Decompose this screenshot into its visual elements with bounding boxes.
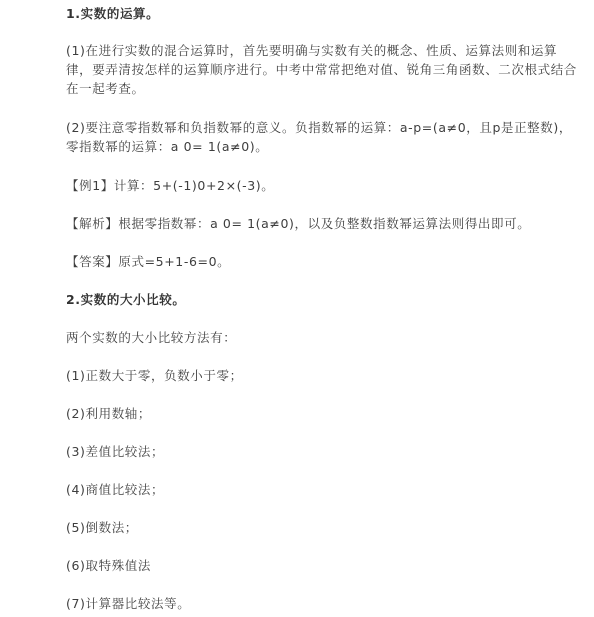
comparison-method-3: (3)差值比较法； — [66, 442, 578, 461]
comparison-method-2: (2)利用数轴； — [66, 404, 578, 423]
comparison-intro: 两个实数的大小比较方法有： — [66, 328, 578, 347]
example-1-answer: 【答案】原式=5+1-6=0。 — [66, 252, 578, 271]
section-heading-real-number-operations: 1.实数的运算。 — [66, 4, 578, 23]
comparison-method-6: (6)取特殊值法 — [66, 556, 578, 575]
example-1-analysis: 【解析】根据零指数幂：a 0= 1(a≠0)，以及负整数指数幂运算法则得出即可。 — [66, 214, 578, 233]
example-1: 【例1】计算：5+(-1)0+2×(-3)。 — [66, 176, 578, 195]
comparison-method-4: (4)商值比较法； — [66, 480, 578, 499]
paragraph-exponent-meaning: (2)要注意零指数幂和负指数幂的意义。负指数幂的运算：a-p=(a≠0，且p是正… — [66, 118, 578, 156]
comparison-method-7: (7)计算器比较法等。 — [66, 594, 578, 613]
section-heading-real-number-comparison: 2.实数的大小比较。 — [66, 290, 578, 309]
comparison-method-5: (5)倒数法； — [66, 518, 578, 537]
paragraph-mixed-operations: (1)在进行实数的混合运算时，首先要明确与实数有关的概念、性质、运算法则和运算律… — [66, 41, 578, 98]
comparison-method-1: (1)正数大于零，负数小于零； — [66, 366, 578, 385]
